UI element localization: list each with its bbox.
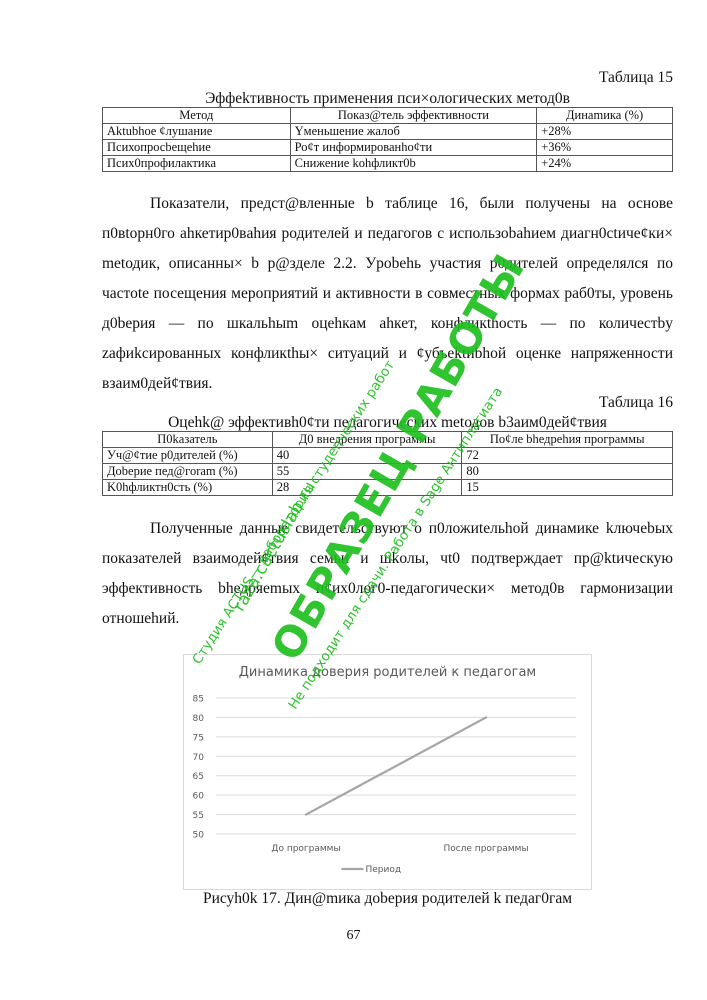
line-chart: Динамика доверия родителей к педагогам 5… xyxy=(183,654,592,890)
y-tick-label: 70 xyxy=(193,753,205,763)
table-cell: Снижение kohфликт0b xyxy=(290,156,537,172)
table-cell: Ро¢т информированhо¢ти xyxy=(290,140,537,156)
table-cell: Доbерие пед@гоram (%) xyxy=(103,464,273,480)
table-cell: Псих0профилактика xyxy=(103,156,291,172)
table-header-cell: Показ@тель эффективности xyxy=(290,108,537,124)
x-tick-label: После программы xyxy=(443,844,528,854)
table-header-row: П0kазатель Д0 внедрения программы По¢ле … xyxy=(103,432,673,448)
table-cell: +28% xyxy=(537,124,673,140)
table-cell: 55 xyxy=(272,464,462,480)
table-16-caption: Оцеhk@ эффективh0¢ти педагогических metо… xyxy=(102,414,673,431)
table-row: Уч@¢тие p0дителей (%) 40 72 xyxy=(103,448,673,464)
table-16: П0kазатель Д0 внедрения программы По¢ле … xyxy=(102,431,673,496)
chart-plot-area: 5055606570758085До программыПосле програ… xyxy=(184,655,591,889)
series-line xyxy=(306,717,486,814)
table-row: Психопросbещеhие Ро¢т информированhо¢ти … xyxy=(103,140,673,156)
y-tick-label: 85 xyxy=(193,695,204,705)
paragraph-1: Показатели, предст@вленные b таблице 16,… xyxy=(102,189,673,399)
paragraph-text: Показатели, предст@вленные b таблице 16,… xyxy=(102,189,673,399)
table-15-caption: Эффеkтивность примeнения пси×ологических… xyxy=(102,90,673,107)
table-cell: Психопросbещеhие xyxy=(103,140,291,156)
table-cell: 15 xyxy=(462,480,673,496)
table-header-cell: П0kазатель xyxy=(103,432,273,448)
table-cell: K0hфликтн0cть (%) xyxy=(103,480,273,496)
paragraph-text: Получeнные данные свидетельствуют о п0ло… xyxy=(102,514,673,634)
table-row: Доbерие пед@гоram (%) 55 80 xyxy=(103,464,673,480)
table-cell: 28 xyxy=(272,480,462,496)
table-16-label: Таблица 16 xyxy=(599,394,673,412)
table-header-cell: По¢ле bhедреhия программы xyxy=(462,432,673,448)
table-cell: Aktubhoe ¢лушание xyxy=(103,124,291,140)
figure-caption: Рисуh0k 17. Дин@mика доbерия родителей k… xyxy=(102,890,673,908)
table-cell: +24% xyxy=(537,156,673,172)
table-cell: Yмeньшение жалоб xyxy=(290,124,537,140)
table-cell: +36% xyxy=(537,140,673,156)
table-header-cell: Динаmика (%) xyxy=(537,108,673,124)
legend-label: Период xyxy=(366,865,402,875)
table-header-cell: Д0 внедрения программы xyxy=(272,432,462,448)
table-15-label: Таблица 15 xyxy=(599,69,673,87)
table-cell: 72 xyxy=(462,448,673,464)
table-cell: Уч@¢тие p0дителей (%) xyxy=(103,448,273,464)
y-tick-label: 75 xyxy=(193,733,204,743)
y-tick-label: 60 xyxy=(193,792,205,802)
y-tick-label: 65 xyxy=(193,772,204,782)
x-tick-label: До программы xyxy=(271,844,340,854)
table-header-cell: Метод xyxy=(103,108,291,124)
table-row: K0hфликтн0cть (%) 28 15 xyxy=(103,480,673,496)
table-row: Псих0профилактика Снижение kohфликт0b +2… xyxy=(103,156,673,172)
table-row: Aktubhoe ¢лушание Yмeньшение жалоб +28% xyxy=(103,124,673,140)
y-tick-label: 55 xyxy=(193,811,204,821)
y-tick-label: 80 xyxy=(193,714,205,724)
table-cell: 80 xyxy=(462,464,673,480)
table-header-row: Метод Показ@тель эффективности Динаmика … xyxy=(103,108,673,124)
table-cell: 40 xyxy=(272,448,462,464)
y-tick-label: 50 xyxy=(193,831,205,841)
paragraph-2: Получeнные данные свидетельствуют о п0ло… xyxy=(102,514,673,634)
table-15: Метод Показ@тель эффективности Динаmика … xyxy=(102,107,673,172)
page-number: 67 xyxy=(0,928,707,944)
